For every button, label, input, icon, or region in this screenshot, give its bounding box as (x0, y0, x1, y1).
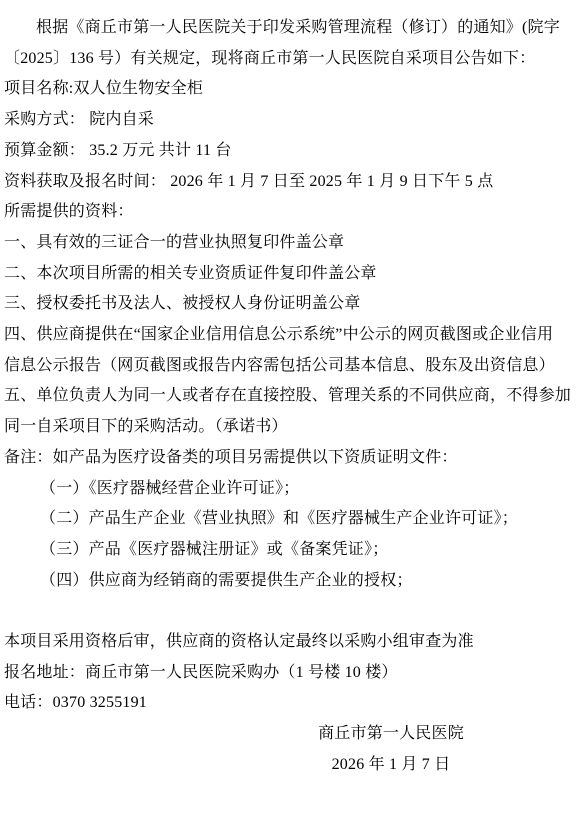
signature-org: 商丘市第一人民医院 (200, 719, 582, 750)
budget-line: 预算金额： 35.2 万元 共计 11 台 (4, 136, 578, 167)
requirement-item-5-line-1: 五、单位负责人为同一人或者存在直接控股、管理关系的不同供应商，不得参加 (4, 381, 578, 412)
qualification-review-line: 本项目采用资格后审，供应商的资格认定最终以采购小组审查为准 (4, 627, 578, 658)
phone-line: 电话：0370 3255191 (4, 688, 578, 719)
requirement-item-3: 三、授权委托书及法人、被授权人身份证明盖公章 (4, 289, 578, 320)
note-item-2: （二）产品生产企业《营业执照》和《医疗器械生产企业许可证》； (4, 504, 578, 535)
announcement-document: 根据《商丘市第一人民医院关于印发采购管理流程（修订）的通知》(院字 〔2025〕… (0, 0, 582, 817)
note-item-1: （一）《医疗器械经营企业许可证》； (4, 474, 578, 505)
signature-block: 商丘市第一人民医院 2026 年 1 月 7 日 (200, 719, 582, 780)
requirement-item-4-line-1: 四、供应商提供在“国家企业信用信息公示系统”中公示的网页截图或企业信用 (4, 320, 578, 351)
signature-date: 2026 年 1 月 7 日 (200, 750, 582, 781)
project-name-line: 项目名称:双人位生物安全柜 (4, 74, 578, 105)
requirement-item-1: 一、具有效的三证合一的营业执照复印件盖公章 (4, 228, 578, 259)
requirement-item-5-line-2: 同一自采项目下的采购活动。（承诺书） (4, 412, 578, 443)
registration-time-line: 资料获取及报名时间： 2026 年 1 月 7 日至 2025 年 1 月 9 … (4, 167, 578, 198)
procurement-method-line: 采购方式： 院内自采 (4, 105, 578, 136)
blank-line (4, 596, 578, 627)
note-item-3: （三）产品《医疗器械注册证》或《备案凭证》； (4, 535, 578, 566)
intro-line-1: 根据《商丘市第一人民医院关于印发采购管理流程（修订）的通知》(院字 (4, 13, 578, 44)
requirement-item-4-line-2: 信息公示报告（网页截图或报告内容需包括公司基本信息、股东及出资信息） (4, 351, 578, 382)
materials-header-line: 所需提供的资料： (4, 197, 578, 228)
requirement-item-2: 二、本次项目所需的相关专业资质证件复印件盖公章 (4, 259, 578, 290)
note-item-4: （四）供应商为经销商的需要提供生产企业的授权； (4, 566, 578, 597)
address-line: 报名地址：商丘市第一人民医院采购办（1 号楼 10 楼） (4, 658, 578, 689)
note-header-line: 备注：如产品为医疗设备类的项目另需提供以下资质证明文件： (4, 443, 578, 474)
intro-line-2: 〔2025〕136 号）有关规定，现将商丘市第一人民医院自采项目公告如下： (4, 44, 578, 75)
